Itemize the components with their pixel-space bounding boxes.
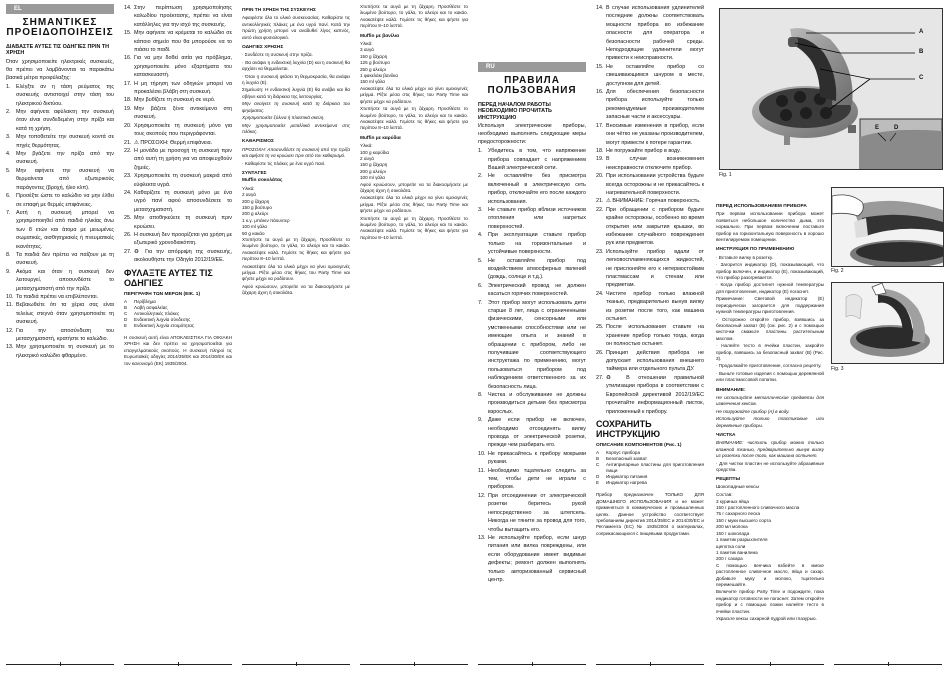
list-number: 3. xyxy=(478,206,488,231)
russian-instructions-heading: ИНСТРУКЦИЯ ПО ПРИМЕНЕНИЮ xyxy=(716,247,824,253)
list-item: 21.⚠ ВНИМАНИЕ: Горячая поверхность. xyxy=(596,197,704,205)
list-number: 5. xyxy=(478,257,488,282)
list-text: ♻ Για την απόρριψη της συσκευής, ακολουθ… xyxy=(134,248,232,265)
list-text: В случае использования удлинителей после… xyxy=(606,4,704,63)
greek-recipe-method-extra-2: Ανακατέψτε όλα τα υλικά μέχρι να γίνει ο… xyxy=(360,195,468,214)
greek-keep-instructions-heading: ΦΥΛΑΞΤΕ ΑΥΤΕΣ ΤΙΣ ΟΔΗΓΙΕΣ xyxy=(124,268,232,288)
list-text: Στην περίπτωση χρησιμοποίησης καλωδίου π… xyxy=(134,4,232,29)
list-number: 19. xyxy=(124,105,134,122)
list-item: 26.Принцип действия прибора не допускает… xyxy=(596,349,704,374)
text-line: Μην ανοίγετε τη συσκευή κατά τη διάρκεια… xyxy=(242,101,350,114)
list-item: EИндикатор нагрева xyxy=(596,480,704,486)
list-number: 24. xyxy=(596,290,606,324)
list-item: 1.Убедитесь в том, что напряжение прибор… xyxy=(478,147,586,172)
list-number: 4. xyxy=(6,150,16,167)
text-line: · Συνδέστε τη συσκευή στην πρίζα. xyxy=(242,52,350,58)
figure-3-caption: Fig. 3 xyxy=(831,366,844,372)
greek-recipe3-title: Muffin με καρύδια xyxy=(360,136,468,142)
list-number: 9. xyxy=(478,416,488,450)
text-line: · Продолжайте приготовление, согласно ре… xyxy=(716,363,824,369)
list-number: 2. xyxy=(478,172,488,206)
russian-instructions-list: · Вставьте вилку в розетку.· Загорится и… xyxy=(716,255,824,295)
list-item: CАнтипригарные пластины для приготовлени… xyxy=(596,462,704,474)
russian-recipe1-title: Шоколадные кексы xyxy=(716,485,824,491)
list-item: 11.Βεβαιωθείτε ότι τα χέρια σας είναι τε… xyxy=(6,301,114,326)
list-text: Καθαρίζετε τη συσκευή μόνο με ένα υγρό π… xyxy=(134,189,232,214)
greek-warnings-list: 1.Ελέγξτε αν η τάση ρεύματος της συσκευή… xyxy=(6,83,114,360)
list-number: 13. xyxy=(6,343,16,360)
list-number: 3. xyxy=(6,133,16,150)
text-line: · Налейте тесто в ячейки пластин, закрой… xyxy=(716,343,824,362)
page-footer-8 xyxy=(834,664,942,665)
list-text: Чистка и обслуживание не должны производ… xyxy=(488,391,586,416)
greek-recipe-method-extra: Χτυπήστε τα αυγά με τη ζάχαρη. Προσθέστε… xyxy=(360,106,468,132)
russian-before-use-text: При первом использовании прибора может п… xyxy=(716,211,824,243)
greek-column-4: Χτυπήστε τα αυγά με τη ζάχαρη. Προσθέστε… xyxy=(360,4,468,654)
list-item: 5.Μην αφήνετε την συσκευή να θερμαίνεται… xyxy=(6,167,114,192)
greek-recipe1-ingredients: Υλικά:2 αυγά200 g ζάχαρη150 g βούτυρο200… xyxy=(242,186,350,237)
list-text: Вносимые изменения в прибор, если они чё… xyxy=(606,122,704,147)
list-text: При использовании устройства будьте всег… xyxy=(606,172,704,197)
list-item: 27.♻ В отношении правильной утилизации п… xyxy=(596,374,704,416)
list-number: 16. xyxy=(596,88,606,122)
greek-instructions-heading: ΟΔΗΓΙΕΣ ΧΡΗΣΗΣ xyxy=(242,45,350,51)
page-footer-1 xyxy=(6,664,114,665)
russian-keep-instructions-heading: СОХРАНИТЬ ИНСТРУКЦИЮ xyxy=(596,419,704,439)
greek-before-use-heading: ΠΡΙΝ ΤΗ ΧΡΗΣΗ ΤΗΣ ΣΥΣΚΕΥΗΣ xyxy=(242,8,350,14)
list-number: 26. xyxy=(124,231,134,248)
list-item: 21.⚠ ΠΡΟΣΟΧΗ: Θερμή επιφάνεια. xyxy=(124,139,232,147)
greek-recipe3-ingredients: Υλικά:100 g καρύδια2 αυγά150 g ζάχαρη200… xyxy=(360,143,468,181)
list-item: 3.Не ставьте прибор вблизи источников от… xyxy=(478,206,586,231)
list-text: Η μονάδα με προσοχή τη συσκευή πριν από … xyxy=(134,147,232,172)
list-item: 13.Не используйте прибор, если шнур пита… xyxy=(478,534,586,584)
list-text: Η μη τήρηση των οδηγιών μπορεί να προκαλ… xyxy=(134,80,232,97)
list-number: 22. xyxy=(124,147,134,172)
list-item: 14.Στην περίπτωση χρησιμοποίησης καλωδίο… xyxy=(124,4,232,29)
list-item: 12.При отсоединении от электрической роз… xyxy=(478,492,586,534)
list-text: При обращении с прибором будьте крайне о… xyxy=(606,206,704,248)
list-item: 23.Χρησιμοποιείτε τη συσκευή μακριά από … xyxy=(124,172,232,189)
greek-recipe3-method: Αφού κρυώσουν, μπορείτε να τα διακοσμήσε… xyxy=(360,182,468,195)
list-text: Μην αφήνετε αφύλακτη την συσκευή όταν εί… xyxy=(16,108,114,133)
list-item: 20.Χρησιμοποιείτε τη συσκευή μόνο για το… xyxy=(124,122,232,139)
russian-column-3: ПЕРЕД ИСПОЛЬЗОВАНИЕМ ПРИБОРА При первом … xyxy=(716,200,824,655)
list-item: 8.Чистка и обслуживание не должны произв… xyxy=(478,391,586,416)
list-number: 2. xyxy=(6,108,16,133)
greek-intro-heading: ΔΙΑΒΑΣΤΕ ΑΥΤΕΣ ΤΙΣ ΟΔΗΓΙΕΣ ΠΡΙΝ ΤΗ ΧΡΗΣΗ xyxy=(6,44,114,57)
list-number: 15. xyxy=(124,29,134,54)
list-number: 7. xyxy=(6,209,16,251)
russian-recipe1-text: С помощью венчика взбейте в миске растоп… xyxy=(716,563,824,589)
list-text: Не оставляйте прибор под воздействием ат… xyxy=(488,257,586,282)
list-number: 11. xyxy=(478,467,488,492)
list-text: Индикатор нагрева xyxy=(606,480,704,486)
list-item: 8.Τα παιδιά δεν πρέπει να παίζουν με τη … xyxy=(6,251,114,268)
list-number: C xyxy=(596,462,606,474)
list-number: 14. xyxy=(596,4,606,63)
list-text: Μην βάζετε ξένα αντικείμενα στη συσκευή. xyxy=(134,105,232,122)
greek-recipe1-title: Muffin σοκολάτας xyxy=(242,178,350,184)
list-text: Ελέγξτε αν η τάση ρεύματος της συσκευής … xyxy=(16,83,114,108)
list-text: Антипригарные пластины для приготовления… xyxy=(606,462,704,474)
list-number: 15. xyxy=(596,63,606,88)
list-number: 23. xyxy=(124,172,134,189)
list-item: 2.Μην αφήνετε αφύλακτη την συσκευή όταν … xyxy=(6,108,114,133)
list-text: Ενδεικτική λυχνία ετοιμότητας xyxy=(134,323,232,329)
russian-column-2: 14.В случае использования удлинителей по… xyxy=(596,4,704,654)
text-line: · Загорится индикатор (D), показывающий,… xyxy=(716,262,824,281)
list-text: Μην τοποθετείτε την συσκευή κοντά σε πηγ… xyxy=(16,133,114,150)
greek-parts-heading: ΠΕΡΙΓΡΑΦΗ ΤΩΝ ΜΕΡΩΝ (ΕΙΚ. 1) xyxy=(124,292,232,298)
russian-recipe1-ingredients: Состав:3 куриных яйца150 г растопленного… xyxy=(716,492,824,562)
list-item: 5.Не оставляйте прибор под воздействием … xyxy=(478,257,586,282)
greek-parts-list: AΠερίβλημαBΛαβή ασφαλείαςCΑντικολλητικές… xyxy=(124,299,232,329)
list-text: Необходимо тщательно следить за тем, что… xyxy=(488,467,586,492)
greek-note-text: Η συσκευή αυτή είναι ΑΠΟΚΛΕΙΣΤΙΚΑ ΓΙΑ ΟΙ… xyxy=(124,335,232,367)
list-text: Для обеспечения безопасности прибора исп… xyxy=(606,88,704,122)
list-number: 25. xyxy=(124,214,134,231)
hand-opening-lid-illustration xyxy=(832,188,943,266)
list-text: После использования ставьте на хранение … xyxy=(606,323,704,348)
list-text: ⚠ ΠΡΟΣΟΧΗ: Θερμή επιφάνεια. xyxy=(134,139,232,147)
greek-recipe1-text: Χτυπήστε τα αυγά με τη ζάχαρη. Προσθέστε… xyxy=(242,237,350,263)
list-text: Не прикасайтесь к прибору мокрыми руками… xyxy=(488,450,586,467)
list-number: 7. xyxy=(478,299,488,391)
list-number: E xyxy=(124,323,134,329)
list-number: 12. xyxy=(478,492,488,534)
russian-warnings-list-continued: 14.В случае использования удлинителей по… xyxy=(596,4,704,416)
list-text: Не оставляйте прибор со свешивающимся шн… xyxy=(606,63,704,88)
list-item: 27.♻ Για την απόρριψη της συσκευής, ακολ… xyxy=(124,248,232,265)
list-item: 22.При обращении с прибором будьте крайн… xyxy=(596,206,704,248)
list-item: 18.Не погружайте прибор в воду. xyxy=(596,147,704,155)
list-item: 15.Μην αφήνετε να κρέμεται το καλώδιο σε… xyxy=(124,29,232,54)
text-line: Μην χρησιμοποιείτε μεταλλικά αντικείμενα… xyxy=(242,123,350,136)
list-text: Για να μην δοθεί αιτία για πρόβλημα, χρη… xyxy=(134,54,232,79)
list-item: 18.Μην βυθίζετε τη συσκευή σε νερό. xyxy=(124,96,232,104)
list-item: 14.В случае использования удлинителей по… xyxy=(596,4,704,63)
russian-attention-lines: Не используйте металлические предметы дл… xyxy=(716,395,824,429)
page-footer-6 xyxy=(596,664,704,665)
list-number: 8. xyxy=(478,391,488,416)
russian-warnings-list: 1.Убедитесь в том, что напряжение прибор… xyxy=(478,147,586,584)
greek-recipe-method-extra-3: Χτυπήστε τα αυγά με τη ζάχαρη. Προσθέστε… xyxy=(360,216,468,242)
text-line: Используйте только пластиковые или дерев… xyxy=(716,416,824,429)
list-text: Не оставляйте без присмотра включенный в… xyxy=(488,172,586,206)
list-text: Μην αποθηκεύετε τη συσκευή πριν κρυώσει. xyxy=(134,214,232,231)
figure-1-label-a: A xyxy=(919,29,923,35)
list-text: Αυτή η συσκευή μπορεί να χρησιμοποιηθεί … xyxy=(16,209,114,251)
list-item: 4.При эксплуатации ставьте прибор только… xyxy=(478,231,586,256)
list-text: Принцип действия прибора не допускает ис… xyxy=(606,349,704,374)
list-number: 26. xyxy=(596,349,606,374)
list-text: Μην αφήνετε την συσκευή να θερμαίνεται α… xyxy=(16,167,114,192)
list-number: E xyxy=(596,480,606,486)
list-number: 25. xyxy=(596,323,606,348)
russian-attention-label: ВНИМАНИЕ: xyxy=(716,388,824,394)
list-number: 24. xyxy=(124,189,134,214)
list-item: 6.Προσέξτε ώστε το καλώδιο να μην έλθει … xyxy=(6,192,114,209)
list-number: 5. xyxy=(6,167,16,192)
russian-cleaning-bullet: · Для чистки пластин не используйте абра… xyxy=(716,461,824,474)
list-item: 20.При использовании устройства будьте в… xyxy=(596,172,704,197)
list-text: Убедитесь в том, что напряжение прибора … xyxy=(488,147,586,172)
list-item: 25.Μην αποθηκεύετε τη συσκευή πριν κρυώσ… xyxy=(124,214,232,231)
figure-1-caption: Fig. 1 xyxy=(719,172,732,178)
russian-cleaning-heading: ЧИСТКА xyxy=(716,433,824,439)
list-text: Η συσκευή δεν προορίζεται για χρήση με ε… xyxy=(134,231,232,248)
list-item: 2.Не оставляйте без присмотра включенный… xyxy=(478,172,586,206)
list-number: 23. xyxy=(596,248,606,290)
greek-recipe3-text: Αφού κρυώσουν, μπορείτε να τα διακοσμήσε… xyxy=(242,284,350,297)
greek-title: ΣΗΜΑΝΤΙΚΕΣ ΠΡΟΕΙΔΟΠΟΙΗΣΕΙΣ xyxy=(6,18,114,38)
text-line: Χρησιμοποιείτε ξύλινα ή πλαστικά σκεύη. xyxy=(242,115,350,121)
russian-title: ПРАВИЛА ПОЛЬЗОВАНИЯ xyxy=(478,76,586,96)
page-footer-2 xyxy=(124,664,232,665)
list-text: Чистите прибор только влажной тканью, пр… xyxy=(606,290,704,324)
list-text: ♻ В отношении правильной утилизации приб… xyxy=(606,374,704,416)
list-text: Μην βυθίζετε τη συσκευή σε νερό. xyxy=(134,96,232,104)
greek-recipe2-method: Ανακατέψτε όλα τα υλικά μέχρι να γίνει ο… xyxy=(360,86,468,105)
russian-note: Примечание: Световой индикатор (E) перио… xyxy=(716,296,824,315)
page-footer-4 xyxy=(360,664,468,665)
greek-recipe2-title: Muffin με βανίλια xyxy=(360,34,468,40)
list-number: 16. xyxy=(124,54,134,79)
list-text: Προσέξτε ώστε το καλώδιο να μην έλθει σε… xyxy=(16,192,114,209)
russian-cleaning-text: ВНИМАНИЕ: чистить прибор можно только вл… xyxy=(716,440,824,459)
greek-before-use-text: Αφαιρέστε όλο το υλικό συσκευασίας. Καθα… xyxy=(242,15,350,41)
figure-2-caption: Fig. 2 xyxy=(831,268,844,274)
list-number: 17. xyxy=(124,80,134,97)
list-number: 9. xyxy=(6,268,16,293)
list-text: Μην βγάζετε την πρίζα από την συσκευή. xyxy=(16,150,114,167)
figure-1-label-e: E xyxy=(875,125,879,131)
list-item: 16.Для обеспечения безопасности прибора … xyxy=(596,88,704,122)
list-text: Χρησιμοποιείτε τη συσκευή μόνο για τους … xyxy=(134,122,232,139)
list-number: 17. xyxy=(596,122,606,147)
list-number: 20. xyxy=(596,172,606,197)
list-number: 21. xyxy=(124,139,134,147)
list-text: При отсоединении от электрической розетк… xyxy=(488,492,586,534)
figure-2-opening-photo xyxy=(831,187,944,267)
list-text: Используйте прибор вдали от легковосплам… xyxy=(606,248,704,290)
figure-3-filling-photo xyxy=(831,282,944,364)
list-text: ⚠ ВНИМАНИЕ: Горячая поверхность. xyxy=(606,197,704,205)
greek-cleaning-bullet: · Καθαρίστε τις πλάκες με ένα υγρό πανί. xyxy=(242,161,350,167)
list-number: 1. xyxy=(478,147,488,172)
list-number: 19. xyxy=(596,155,606,172)
greek-cleaning-text: ΠΡΟΣΟΧΗ: Αποσυνδέστε τη συσκευή από την … xyxy=(242,147,350,160)
list-number: 20. xyxy=(124,122,134,139)
list-number: 4. xyxy=(478,231,488,256)
text-line: · Выньте готовые изделия с помощью дерев… xyxy=(716,371,824,384)
list-number: 13. xyxy=(478,534,488,584)
figure-1-label-b: B xyxy=(919,49,923,55)
list-item: 16.Για να μην δοθεί αιτία για πρόβλημα, … xyxy=(124,54,232,79)
list-item: 9.Даже если прибор не включен, необходим… xyxy=(478,416,586,450)
list-text: В случае возникновения неисправности отк… xyxy=(606,155,704,172)
greek-recipes-heading: ΣΥΝΤΑΓΕΣ xyxy=(242,171,350,177)
list-item: 9.Ακόμα και όταν η συσκευή δεν λειτουργε… xyxy=(6,268,114,293)
list-item: 3.Μην τοποθετείτε την συσκευή κοντά σε π… xyxy=(6,133,114,150)
list-text: Не погружайте прибор в воду. xyxy=(606,147,704,155)
greek-cleaning-heading: ΚΑΘΑΡΙΣΜΟΣ xyxy=(242,139,350,145)
page-footer-7 xyxy=(716,664,824,665)
list-number: 18. xyxy=(596,147,606,155)
figure-1-label-d: D xyxy=(894,125,898,131)
text-line: · Θα ανάψει η ενδεικτική λυχνία (D) και … xyxy=(242,60,350,73)
muffin-maker-open-illustration xyxy=(832,283,943,363)
greek-note: Σημείωση: Η ενδεικτική λυχνία (E) θα ανά… xyxy=(242,87,350,100)
russian-intro-heading: ПЕРЕД НАЧАЛОМ РАБОТЫ НЕОБХОДИМО ПРОЧИТАТ… xyxy=(478,102,586,121)
list-item: 10.Τα παιδιά πρέπει να επιβλέπονται. xyxy=(6,293,114,301)
list-text: Τα παιδιά πρέπει να επιβλέπονται. xyxy=(16,293,114,301)
list-number: 12. xyxy=(6,327,16,344)
list-item: 19.Μην βάζετε ξένα αντικείμενα στη συσκε… xyxy=(124,105,232,122)
list-number: 6. xyxy=(6,192,16,209)
muffin-maker-illustration xyxy=(720,9,942,169)
list-item: 10.Не прикасайтесь к прибору мокрыми рук… xyxy=(478,450,586,467)
list-text: Μην αφήνετε να κρέμεται το καλώδιο σε κά… xyxy=(134,29,232,54)
language-tag-el: EL xyxy=(6,4,114,14)
list-number: 11. xyxy=(6,301,16,326)
greek-caution-lines: Μην ανοίγετε τη συσκευή κατά τη διάρκεια… xyxy=(242,101,350,135)
greek-column-1: EL ΣΗΜΑΝΤΙΚΕΣ ΠΡΟΕΙΔΟΠΟΙΗΣΕΙΣ ΔΙΑΒΑΣΤΕ Α… xyxy=(6,4,114,654)
list-text: Не используйте прибор, если шнур питания… xyxy=(488,534,586,584)
list-item: 7.Этот прибор могут использовать дети ст… xyxy=(478,299,586,391)
list-item: 25.После использования ставьте на хранен… xyxy=(596,323,704,348)
list-item: 17.Вносимые изменения в прибор, если они… xyxy=(596,122,704,147)
list-number: 8. xyxy=(6,251,16,268)
text-line: Не погружайте прибор (A) в воду. xyxy=(716,409,824,415)
figure-1-label-c: C xyxy=(919,75,923,81)
text-line: · Осторожно откройте прибор, взявшись за… xyxy=(716,317,824,343)
russian-steps-list: · Осторожно откройте прибор, взявшись за… xyxy=(716,317,824,384)
greek-column-3: ΠΡΙΝ ΤΗ ΧΡΗΣΗ ΤΗΣ ΣΥΣΚΕΥΗΣ Αφαιρέστε όλο… xyxy=(242,4,350,654)
list-number: 10. xyxy=(478,450,488,467)
list-item: 1.Ελέγξτε αν η τάση ρεύματος της συσκευή… xyxy=(6,83,114,108)
list-number: 27. xyxy=(596,374,606,416)
list-text: Τα παιδιά δεν πρέπει να παίζουν με τη συ… xyxy=(16,251,114,268)
list-text: Ακόμα και όταν η συσκευή δεν λειτουργεί,… xyxy=(16,268,114,293)
list-item: 23.Используйте прибор вдали от легковосп… xyxy=(596,248,704,290)
language-tag-ru: RU xyxy=(478,62,586,72)
list-item: 26.Η συσκευή δεν προορίζεται για χρήση μ… xyxy=(124,231,232,248)
list-text: Не ставьте прибор вблизи источников отоп… xyxy=(488,206,586,231)
list-item: 22.Η μονάδα με προσοχή τη συσκευή πριν α… xyxy=(124,147,232,172)
russian-before-use-heading: ПЕРЕД ИСПОЛЬЗОВАНИЕМ ПРИБОРА xyxy=(716,204,824,210)
text-line: · Когда прибор достигнет нужной температ… xyxy=(716,282,824,295)
list-text: Μην χρησιμοποιείτε τη συσκευή με το ηλεκ… xyxy=(16,343,114,360)
list-item: 24.Καθαρίζετε τη συσκευή μόνο με ένα υγρ… xyxy=(124,189,232,214)
list-text: Για την αποσύνδεση του μετασχηματιστή, κ… xyxy=(16,327,114,344)
list-item: 17.Η μη τήρηση των οδηγιών μπορεί να προ… xyxy=(124,80,232,97)
greek-recipe2-text: Ανακατέψτε όλα τα υλικά μέχρι να γίνει ο… xyxy=(242,264,350,283)
figure-1-product-photo: A B C E D xyxy=(719,8,943,170)
list-text: Βεβαιωθείτε ότι τα χέρια σας είναι τελεί… xyxy=(16,301,114,326)
greek-recipe2-ingredients: Υλικά:3 αυγά150 g ζάχαρη125 g βούτυρο250… xyxy=(360,41,468,86)
list-text: Электрический провод не должен касаться … xyxy=(488,282,586,299)
list-text: Χρησιμοποιείτε τη συσκευή μακριά από εύφ… xyxy=(134,172,232,189)
text-line: · Вставьте вилку в розетку. xyxy=(716,255,824,261)
list-text: Этот прибор могут использовать дети стар… xyxy=(488,299,586,391)
list-item: 15.Не оставляйте прибор со свешивающимся… xyxy=(596,63,704,88)
list-item: 4.Μην βγάζετε την πρίζα από την συσκευή. xyxy=(6,150,114,167)
page-footer-5 xyxy=(478,664,586,665)
list-number: 1. xyxy=(6,83,16,108)
page-footer-3 xyxy=(242,664,350,665)
russian-column-1: RU ПРАВИЛА ПОЛЬЗОВАНИЯ ПЕРЕД НАЧАЛОМ РАБ… xyxy=(478,4,586,654)
greek-warnings-list-continued: 14.Στην περίπτωση χρησιμοποίησης καλωδίο… xyxy=(124,4,232,265)
list-number: 14. xyxy=(124,4,134,29)
russian-parts-list: AКорпус прибораBБезопасный захватCАнтипр… xyxy=(596,450,704,486)
russian-recipe2-text: Включите прибор Party Time и подождите, … xyxy=(716,589,824,615)
text-line: · Όταν η συσκευή φτάσει τη θερμοκρασία, … xyxy=(242,74,350,87)
russian-intro-text: Используя электрические приборы, необход… xyxy=(478,122,586,146)
list-item: 11.Необходимо тщательно следить за тем, … xyxy=(478,467,586,492)
text-line: Не используйте металлические предметы дл… xyxy=(716,395,824,408)
russian-parts-heading: ОПИСАНИЕ КОМПОНЕНТОВ (Рис. 1) xyxy=(596,443,704,449)
greek-column-2: 14.Στην περίπτωση χρησιμοποίησης καλωδίο… xyxy=(124,4,232,654)
list-number: 22. xyxy=(596,206,606,248)
list-item: 13.Μην χρησιμοποιείτε τη συσκευή με το η… xyxy=(6,343,114,360)
list-number: 27. xyxy=(124,248,134,265)
list-item: 19.В случае возникновения неисправности … xyxy=(596,155,704,172)
list-number: 21. xyxy=(596,197,606,205)
russian-note-text: Прибор предназначен ТОЛЬКО ДЛЯ ДОМАШНЕГО… xyxy=(596,492,704,537)
list-item: EΕνδεικτική λυχνία ετοιμότητας xyxy=(124,323,232,329)
greek-instructions-list: · Συνδέστε τη συσκευή στην πρίζα.· Θα αν… xyxy=(242,52,350,86)
list-number: 6. xyxy=(478,282,488,299)
list-number: 18. xyxy=(124,96,134,104)
list-text: При эксплуатации ставьте прибор только н… xyxy=(488,231,586,256)
list-text: Даже если прибор не включен, необходимо … xyxy=(488,416,586,450)
list-item: 6.Электрический провод не должен касатьс… xyxy=(478,282,586,299)
russian-recipe3-text: Украсьте кексы сахарной пудрой или глазу… xyxy=(716,616,824,622)
greek-recipe-text: Χτυπήστε τα αυγά με τη ζάχαρη. Προσθέστε… xyxy=(360,4,468,30)
list-item: 24.Чистите прибор только влажной тканью,… xyxy=(596,290,704,324)
list-number: 10. xyxy=(6,293,16,301)
russian-recipes-heading: РЕЦЕПТЫ xyxy=(716,477,824,483)
list-item: 7.Αυτή η συσκευή μπορεί να χρησιμοποιηθε… xyxy=(6,209,114,251)
greek-intro-text: Όταν χρησιμοποιείτε ηλεκτρικές συσκευές,… xyxy=(6,58,114,82)
list-item: 12.Για την αποσύνδεση του μετασχηματιστή… xyxy=(6,327,114,344)
